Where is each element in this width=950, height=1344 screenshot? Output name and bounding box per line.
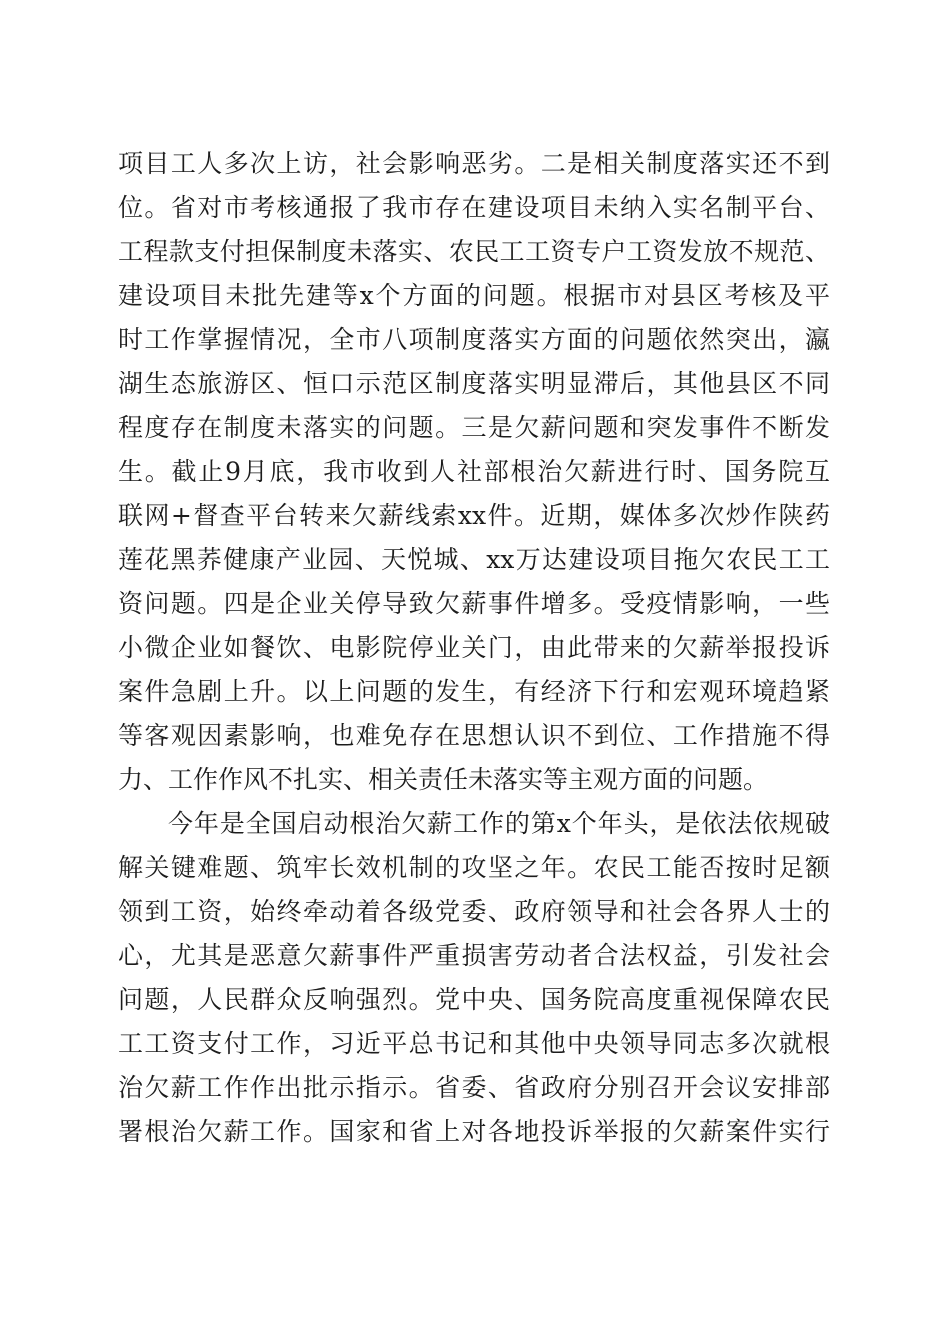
text-line: 生。截止9月底，我市收到人社部根治欠薪进行时、国务院互 [118, 450, 830, 494]
text-line: 今年是全国启动根治欠薪工作的第x个年头，是依法依规破 [118, 802, 830, 846]
text-line: 资问题。四是企业关停导致欠薪事件增多。受疫情影响，一些 [118, 582, 830, 626]
text-line: 项目工人多次上访，社会影响恶劣。二是相关制度落实还不到 [118, 142, 830, 186]
text-line: 工程款支付担保制度未落实、农民工工资专户工资发放不规范、 [118, 230, 830, 274]
text-line: 建设项目未批先建等x个方面的问题。根据市对县区考核及平 [118, 274, 830, 318]
text-line: 小微企业如餐饮、电影院停业关门，由此带来的欠薪举报投诉 [118, 626, 830, 670]
text-line: 时工作掌握情况，全市八项制度落实方面的问题依然突出，瀛 [118, 318, 830, 362]
text-line: 联网+督查平台转来欠薪线索xx件。近期，媒体多次炒作陕药 [118, 494, 830, 538]
text-line: 莲花黑荞健康产业园、天悦城、xx万达建设项目拖欠农民工工 [118, 538, 830, 582]
text-line: 等客观因素影响，也难免存在思想认识不到位、工作措施不得 [118, 714, 830, 758]
document-page: 项目工人多次上访，社会影响恶劣。二是相关制度落实还不到 位。省对市考核通报了我市… [0, 0, 950, 1344]
document-body: 项目工人多次上访，社会影响恶劣。二是相关制度落实还不到 位。省对市考核通报了我市… [118, 142, 830, 1154]
text-line: 心，尤其是恶意欠薪事件严重损害劳动者合法权益，引发社会 [118, 934, 830, 978]
text-line: 署根治欠薪工作。国家和省上对各地投诉举报的欠薪案件实行 [118, 1110, 830, 1154]
text-line: 领到工资，始终牵动着各级党委、政府领导和社会各界人士的 [118, 890, 830, 934]
text-line: 位。省对市考核通报了我市存在建设项目未纳入实名制平台、 [118, 186, 830, 230]
text-line: 工工资支付工作，习近平总书记和其他中央领导同志多次就根 [118, 1022, 830, 1066]
text-line: 力、工作作风不扎实、相关责任未落实等主观方面的问题。 [118, 758, 830, 802]
text-line: 解关键难题、筑牢长效机制的攻坚之年。农民工能否按时足额 [118, 846, 830, 890]
text-line: 治欠薪工作作出批示指示。省委、省政府分别召开会议安排部 [118, 1066, 830, 1110]
text-line: 程度存在制度未落实的问题。三是欠薪问题和突发事件不断发 [118, 406, 830, 450]
text-line: 案件急剧上升。以上问题的发生，有经济下行和宏观环境趋紧 [118, 670, 830, 714]
text-line: 问题，人民群众反响强烈。党中央、国务院高度重视保障农民 [118, 978, 830, 1022]
text-line: 湖生态旅游区、恒口示范区制度落实明显滞后，其他县区不同 [118, 362, 830, 406]
